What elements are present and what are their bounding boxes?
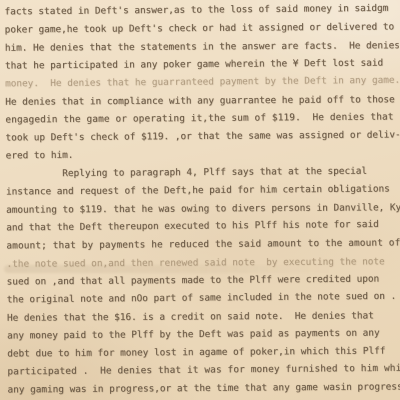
text-line: facts stated in Deft's answer,as to the … — [0, 0, 399, 21]
text-line: any gaming was in progress,or at the tim… — [1, 378, 400, 399]
text-line: He denies that the $16. is a credit on s… — [1, 307, 400, 328]
text-line: ered to him. — [0, 144, 400, 166]
text-line: instance and request of the Deft,he paid… — [0, 180, 400, 201]
text-line: and that the Deft thereupon executed to … — [0, 216, 400, 238]
text-line: the original note and nOo part of same i… — [1, 288, 400, 310]
document-text: facts stated in Deft's answer,as to the … — [0, 0, 400, 399]
text-line: him. He denies that the statements in th… — [0, 37, 399, 58]
text-line: amount; that by payments he reduced the … — [0, 234, 400, 255]
text-line: .the note sued on,and then renewed said … — [0, 253, 400, 274]
text-line: participated . He denies that it was for… — [1, 360, 400, 382]
text-line: money. He denies that he guarranteed pay… — [0, 72, 399, 94]
document-page: facts stated in Deft's answer,as to the … — [0, 0, 400, 400]
text-line: poker game,he took up Deft's check or ha… — [0, 18, 399, 39]
text-line: He denies that in compliance with any gu… — [0, 91, 399, 112]
